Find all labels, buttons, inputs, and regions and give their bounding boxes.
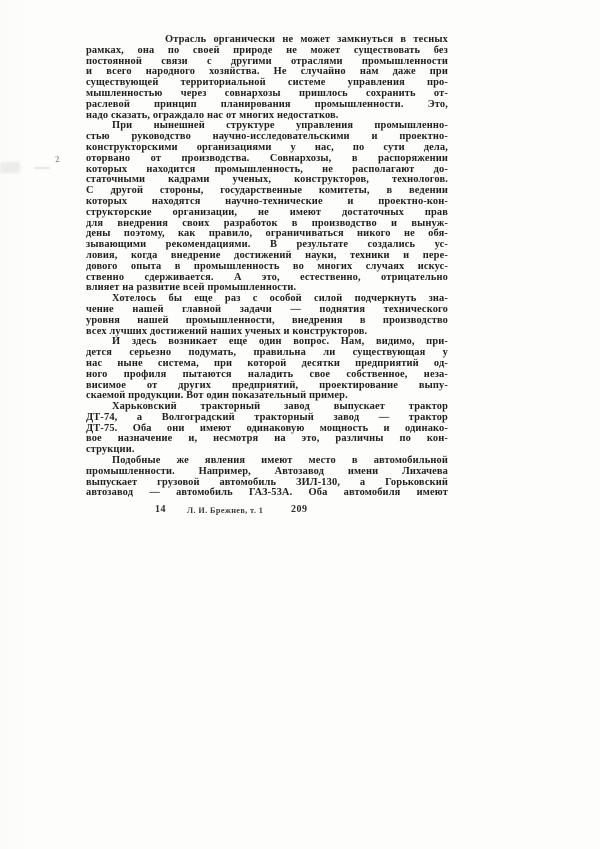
paragraph: Хотелось бы еще раз с особой силой подче… — [86, 294, 448, 337]
page-number: 209 — [291, 504, 308, 515]
edition-signature: Л. И. Брежнев, т. 1 — [187, 506, 263, 515]
margin-note: 2 — [54, 154, 60, 164]
paragraph: И здесь возникает еще один вопрос. Нам, … — [86, 337, 448, 402]
text-line: автозавод — автомобиль ГАЗ-53А. Оба авто… — [86, 488, 448, 499]
scan-artifact-dash — [34, 167, 50, 169]
book-page: 2 Отрасль органически не может замкнутьс… — [0, 0, 600, 849]
printer-sheet-number: 14 — [155, 504, 166, 515]
paragraph: Харьковский тракторный завод выпускает т… — [86, 402, 448, 456]
text-line: оторвано от производства. Совнархозы, в … — [86, 154, 448, 165]
paragraph: При нынешней структуре управления промыш… — [86, 121, 448, 294]
text-line: ного профиля пытаются наладить свое собс… — [86, 370, 448, 381]
scan-artifact-smudge — [0, 162, 20, 173]
text-line: уровня нашей промышленности, внедрения в… — [86, 316, 448, 327]
page-footer: 14 Л. И. Брежнев, т. 1 209 — [0, 504, 600, 520]
text-line: раслевой принцип планирования промышленн… — [86, 100, 448, 111]
text-line: дового опыта в промышленность во многих … — [86, 262, 448, 273]
text-line: рамках, она по своей природе не может су… — [86, 46, 448, 57]
paragraph: Отрасль органически не может замкнуться … — [86, 35, 448, 121]
text-block: Отрасль органически не может замкнуться … — [86, 35, 448, 499]
paragraph: Подобные же явления имеют место в автомо… — [86, 456, 448, 499]
text-line: структорские организации, не имеют доста… — [86, 208, 448, 219]
text-line: вое назначение и, несмотря на это, разли… — [86, 434, 448, 445]
